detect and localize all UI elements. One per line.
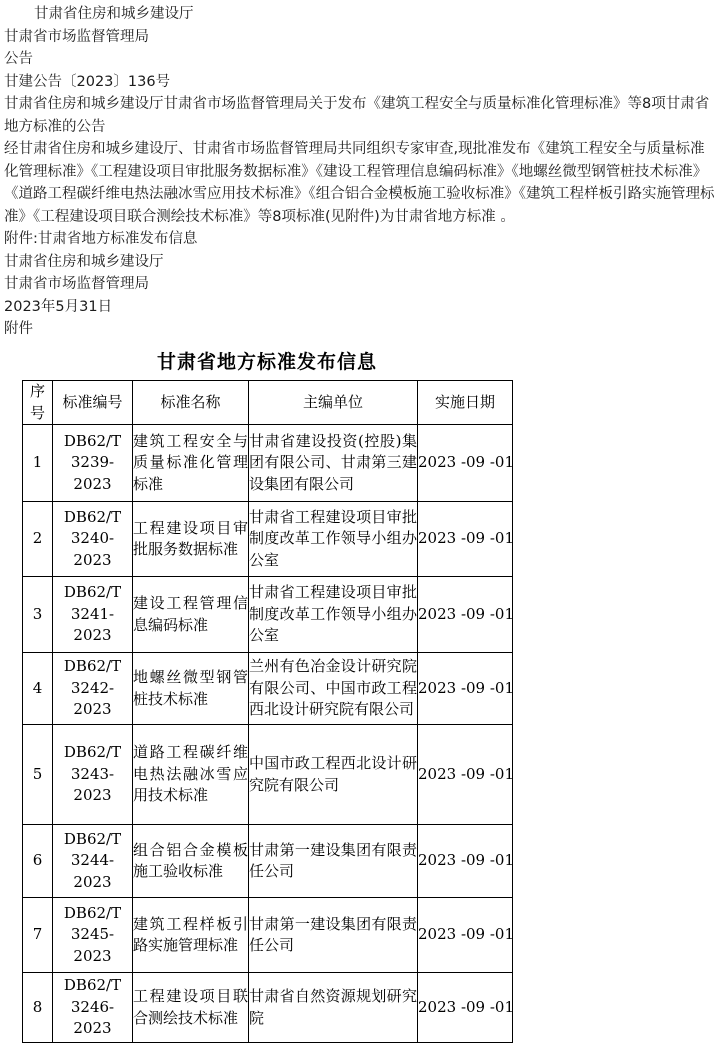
signature-org-2: 甘肃省市场监督管理局	[4, 273, 716, 296]
cell-chief-editor-org: 甘肃第一建设集团有限责任公司	[249, 825, 418, 898]
cell-code-line2: 3244-2023	[53, 850, 132, 893]
table-row: 8 DB62/T 3246-2023 工程建设项目联合测绘技术标准 甘肃省自然资…	[23, 973, 513, 1043]
column-header-code: 标准编号	[53, 381, 133, 425]
standards-table: 序号 标准编号 标准名称 主编单位 实施日期 1 DB62/T 3239-202…	[22, 380, 513, 1043]
cell-code: DB62/T 3241-2023	[53, 577, 133, 653]
cell-code-line2: 3241-2023	[53, 604, 132, 647]
cell-chief-editor-org: 甘肃省工程建设项目审批制度改革工作领导小组办公室	[249, 502, 418, 577]
cell-code: DB62/T 3244-2023	[53, 825, 133, 898]
table-row: 4 DB62/T 3242-2023 地螺丝微型钢管桩技术标准 兰州有色冶金设计…	[23, 653, 513, 725]
cell-standard-name: 工程建设项目联合测绘技术标准	[133, 973, 249, 1043]
column-header-org: 主编单位	[249, 381, 418, 425]
cell-code-line2: 3243-2023	[53, 764, 132, 807]
attachment-section: 甘肃省地方标准发布信息 序号 标准编号 标准名称 主编单位 实施日期 1 DB6…	[22, 350, 512, 1043]
cell-code-line1: DB62/T	[53, 582, 132, 604]
cell-implementation-date: 2023 -09 -01	[418, 502, 513, 577]
document-number: 甘建公告〔2023〕136号	[4, 71, 716, 94]
cell-implementation-date: 2023 -09 -01	[418, 973, 513, 1043]
issuer-line-1: 甘肃省住房和城乡建设厅	[4, 3, 716, 26]
cell-seq: 8	[23, 973, 53, 1043]
cell-implementation-date: 2023 -09 -01	[418, 425, 513, 502]
cell-standard-name: 建筑工程样板引路实施管理标准	[133, 898, 249, 973]
cell-seq: 5	[23, 725, 53, 825]
cell-chief-editor-org: 中国市政工程西北设计研究院有限公司	[249, 725, 418, 825]
cell-code: DB62/T 3246-2023	[53, 973, 133, 1043]
cell-standard-name: 建设工程管理信息编码标准	[133, 577, 249, 653]
cell-implementation-date: 2023 -09 -01	[418, 825, 513, 898]
announcement-title: 甘肃省住房和城乡建设厅甘肃省市场监督管理局关于发布《建筑工程安全与质量标准化管理…	[4, 93, 716, 138]
cell-implementation-date: 2023 -09 -01	[418, 577, 513, 653]
column-header-seq: 序号	[23, 381, 53, 425]
cell-code: DB62/T 3243-2023	[53, 725, 133, 825]
cell-seq: 4	[23, 653, 53, 725]
column-header-date: 实施日期	[418, 381, 513, 425]
cell-chief-editor-org: 甘肃省工程建设项目审批制度改革工作领导小组办公室	[249, 577, 418, 653]
cell-code-line1: DB62/T	[53, 742, 132, 764]
cell-code: DB62/T 3242-2023	[53, 653, 133, 725]
cell-code-line2: 3245-2023	[53, 924, 132, 967]
cell-chief-editor-org: 甘肃省建设投资(控股)集团有限公司、甘肃第三建设集团有限公司	[249, 425, 418, 502]
announcement-text-block: 甘肃省住房和城乡建设厅 甘肃省市场监督管理局 公告 甘建公告〔2023〕136号…	[4, 3, 716, 341]
cell-code-line2: 3240-2023	[53, 528, 132, 571]
cell-code: DB62/T 3240-2023	[53, 502, 133, 577]
attachment-table-title: 甘肃省地方标准发布信息	[22, 350, 512, 374]
signature-date: 2023年5月31日	[4, 296, 716, 319]
cell-code-line2: 3242-2023	[53, 678, 132, 721]
cell-code-line1: DB62/T	[53, 656, 132, 678]
cell-seq: 3	[23, 577, 53, 653]
table-row: 1 DB62/T 3239-2023 建筑工程安全与质量标准化管理标准 甘肃省建…	[23, 425, 513, 502]
cell-implementation-date: 2023 -09 -01	[418, 653, 513, 725]
cell-code: DB62/T 3239-2023	[53, 425, 133, 502]
cell-seq: 2	[23, 502, 53, 577]
cell-implementation-date: 2023 -09 -01	[418, 725, 513, 825]
table-row: 7 DB62/T 3245-2023 建筑工程样板引路实施管理标准 甘肃第一建设…	[23, 898, 513, 973]
table-row: 2 DB62/T 3240-2023 工程建设项目审批服务数据标准 甘肃省工程建…	[23, 502, 513, 577]
signature-org-1: 甘肃省住房和城乡建设厅	[4, 251, 716, 274]
cell-standard-name: 建筑工程安全与质量标准化管理标准	[133, 425, 249, 502]
attachment-reference: 附件:甘肃省地方标准发布信息	[4, 228, 716, 251]
table-header-row: 序号 标准编号 标准名称 主编单位 实施日期	[23, 381, 513, 425]
cell-chief-editor-org: 甘肃第一建设集团有限责任公司	[249, 898, 418, 973]
cell-chief-editor-org: 甘肃省自然资源规划研究院	[249, 973, 418, 1043]
cell-code-line2: 3239-2023	[53, 452, 132, 495]
cell-standard-name: 道路工程碳纤维电热法融冰雪应用技术标准	[133, 725, 249, 825]
cell-standard-name: 工程建设项目审批服务数据标准	[133, 502, 249, 577]
cell-chief-editor-org: 兰州有色冶金设计研究院有限公司、中国市政工程西北设计研究院有限公司	[249, 653, 418, 725]
cell-code-line1: DB62/T	[53, 829, 132, 851]
table-row: 3 DB62/T 3241-2023 建设工程管理信息编码标准 甘肃省工程建设项…	[23, 577, 513, 653]
cell-code: DB62/T 3245-2023	[53, 898, 133, 973]
attachment-label: 附件	[4, 318, 716, 341]
cell-code-line1: DB62/T	[53, 431, 132, 453]
cell-standard-name: 地螺丝微型钢管桩技术标准	[133, 653, 249, 725]
announcement-type: 公告	[4, 48, 716, 71]
cell-implementation-date: 2023 -09 -01	[418, 898, 513, 973]
cell-seq: 7	[23, 898, 53, 973]
cell-code-line1: DB62/T	[53, 507, 132, 529]
cell-seq: 1	[23, 425, 53, 502]
cell-seq: 6	[23, 825, 53, 898]
issuer-line-2: 甘肃省市场监督管理局	[4, 26, 716, 49]
announcement-body: 经甘肃省住房和城乡建设厅、甘肃省市场监督管理局共同组织专家审查,现批准发布《建筑…	[4, 138, 716, 228]
table-row: 5 DB62/T 3243-2023 道路工程碳纤维电热法融冰雪应用技术标准 中…	[23, 725, 513, 825]
cell-code-line1: DB62/T	[53, 975, 132, 997]
cell-code-line2: 3246-2023	[53, 997, 132, 1040]
cell-standard-name: 组合铝合金模板施工验收标准	[133, 825, 249, 898]
column-header-name: 标准名称	[133, 381, 249, 425]
table-row: 6 DB62/T 3244-2023 组合铝合金模板施工验收标准 甘肃第一建设集…	[23, 825, 513, 898]
cell-code-line1: DB62/T	[53, 903, 132, 925]
